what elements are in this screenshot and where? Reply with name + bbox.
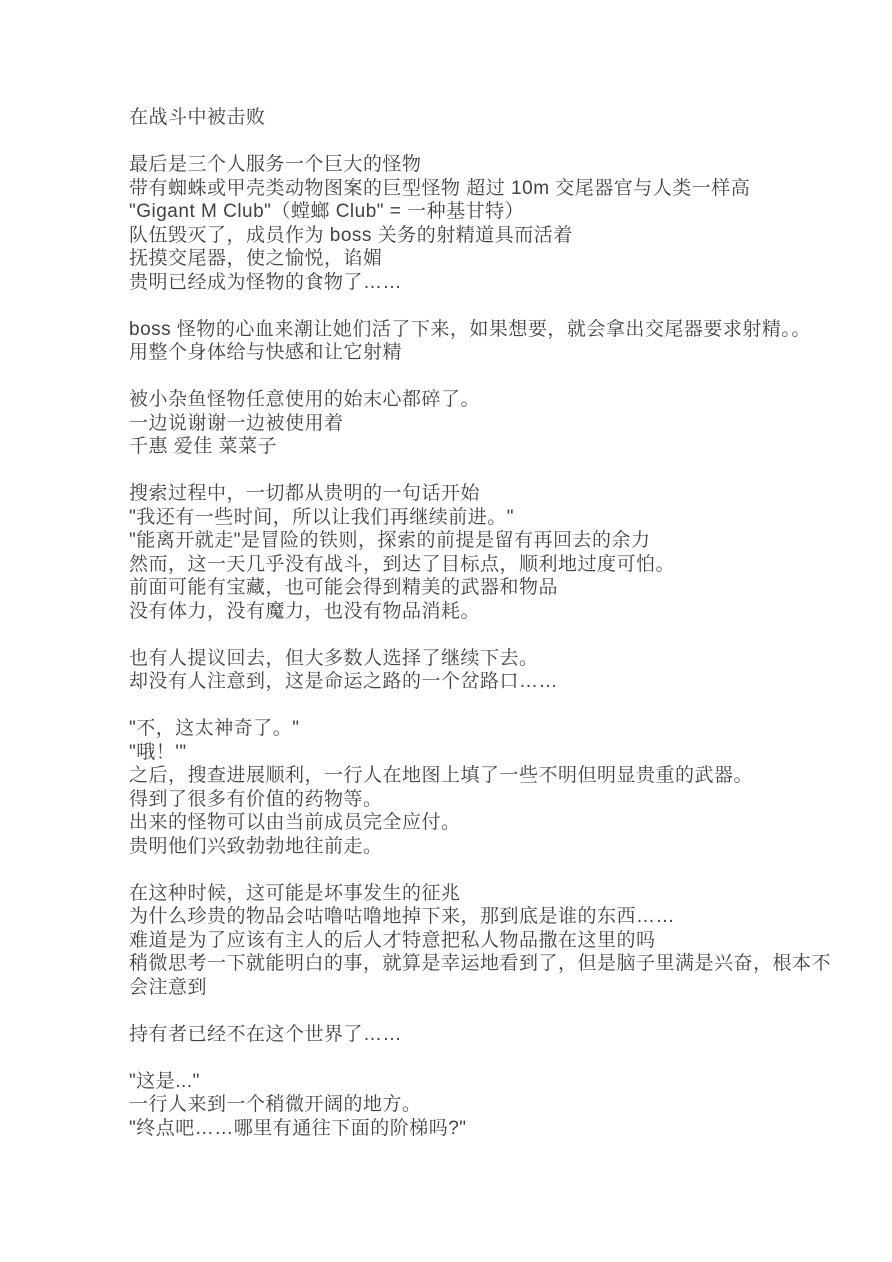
text-line: 难道是为了应该有主人的后人才特意把私人物品撒在这里的吗	[129, 929, 832, 953]
text-line: boss 怪物的心血来潮让她们活了下来，如果想要，就会拿出交尾器要求射精。。	[129, 318, 832, 342]
text-line: "能离开就走"是冒险的铁则，探索的前提是留有再回去的余力	[129, 529, 832, 553]
text-line: 一行人来到一个稍微开阔的地方。	[129, 1093, 832, 1117]
paragraph: 也有人提议回去，但大多数人选择了继续下去。却没有人注意到，这是命运之路的一个岔路…	[129, 647, 832, 694]
document-page: 在战斗中被击败最后是三个人服务一个巨大的怪物带有蜘蛛或甲壳类动物图案的巨型怪物 …	[0, 0, 892, 1262]
text-line: 抚摸交尾器，使之愉悦，谄媚	[129, 247, 832, 271]
text-line: 在战斗中被击败	[129, 106, 832, 130]
paragraph: "这是..."一行人来到一个稍微开阔的地方。"终点吧……哪里有通往下面的阶梯吗?…	[129, 1070, 832, 1141]
text-line: 贵明他们兴致勃勃地往前走。	[129, 835, 832, 859]
text-line: "哦！'"	[129, 741, 832, 765]
text-line: 队伍毁灭了，成员作为 boss 关务的射精道具而活着	[129, 224, 832, 248]
text-line: "这是..."	[129, 1070, 832, 1094]
text-line: "终点吧……哪里有通往下面的阶梯吗?"	[129, 1117, 832, 1141]
text-line: 却没有人注意到，这是命运之路的一个岔路口……	[129, 670, 832, 694]
text-line: 用整个身体给与快感和让它射精	[129, 341, 832, 365]
text-line: 然而，这一天几乎没有战斗，到达了目标点，顺利地过度可怕。	[129, 553, 832, 577]
text-line: 得到了很多有价值的药物等。	[129, 788, 832, 812]
paragraph: 在这种时候，这可能是坏事发生的征兆为什么珍贵的物品会咕噜咕噜地掉下来，那到底是谁…	[129, 882, 832, 1000]
paragraph: 搜索过程中，一切都从贵明的一句话开始"我还有一些时间，所以让我们再继续前进。""…	[129, 482, 832, 623]
paragraph: 被小杂鱼怪物任意使用的始末心都碎了。一边说谢谢一边被使用着千惠 爱佳 菜菜子	[129, 388, 832, 459]
text-line: "我还有一些时间，所以让我们再继续前进。"	[129, 506, 832, 530]
text-line: 出来的怪物可以由当前成员完全应付。	[129, 811, 832, 835]
text-line: 为什么珍贵的物品会咕噜咕噜地掉下来，那到底是谁的东西……	[129, 905, 832, 929]
text-line: 没有体力，没有魔力，也没有物品消耗。	[129, 600, 832, 624]
paragraph: boss 怪物的心血来潮让她们活了下来，如果想要，就会拿出交尾器要求射精。。用整…	[129, 318, 832, 365]
text-line: 带有蜘蛛或甲壳类动物图案的巨型怪物 超过 10m 交尾器官与人类一样高	[129, 177, 832, 201]
text-line: "Gigant M Club"（螳螂 Club" = 一种基甘特）	[129, 200, 832, 224]
text-line: 最后是三个人服务一个巨大的怪物	[129, 153, 832, 177]
text-line: 一边说谢谢一边被使用着	[129, 412, 832, 436]
text-line: 之后，搜查进展顺利，一行人在地图上填了一些不明但明显贵重的武器。	[129, 764, 832, 788]
text-line: 持有者已经不在这个世界了……	[129, 1023, 832, 1047]
text-line: 被小杂鱼怪物任意使用的始末心都碎了。	[129, 388, 832, 412]
text-line: "不，这太神奇了。"	[129, 717, 832, 741]
text-line: 前面可能有宝藏，也可能会得到精美的武器和物品	[129, 576, 832, 600]
document-body: 在战斗中被击败最后是三个人服务一个巨大的怪物带有蜘蛛或甲壳类动物图案的巨型怪物 …	[129, 106, 832, 1140]
text-line: 稍微思考一下就能明白的事，就算是幸运地看到了，但是脑子里满是兴奋，根本不会注意到	[129, 952, 832, 999]
text-line: 贵明已经成为怪物的食物了……	[129, 271, 832, 295]
paragraph: 在战斗中被击败	[129, 106, 832, 130]
text-line: 搜索过程中，一切都从贵明的一句话开始	[129, 482, 832, 506]
paragraph: 持有者已经不在这个世界了……	[129, 1023, 832, 1047]
text-line: 在这种时候，这可能是坏事发生的征兆	[129, 882, 832, 906]
paragraph: 最后是三个人服务一个巨大的怪物带有蜘蛛或甲壳类动物图案的巨型怪物 超过 10m …	[129, 153, 832, 294]
text-line: 也有人提议回去，但大多数人选择了继续下去。	[129, 647, 832, 671]
paragraph: "不，这太神奇了。""哦！'"之后，搜查进展顺利，一行人在地图上填了一些不明但明…	[129, 717, 832, 858]
text-line: 千惠 爱佳 菜菜子	[129, 435, 832, 459]
